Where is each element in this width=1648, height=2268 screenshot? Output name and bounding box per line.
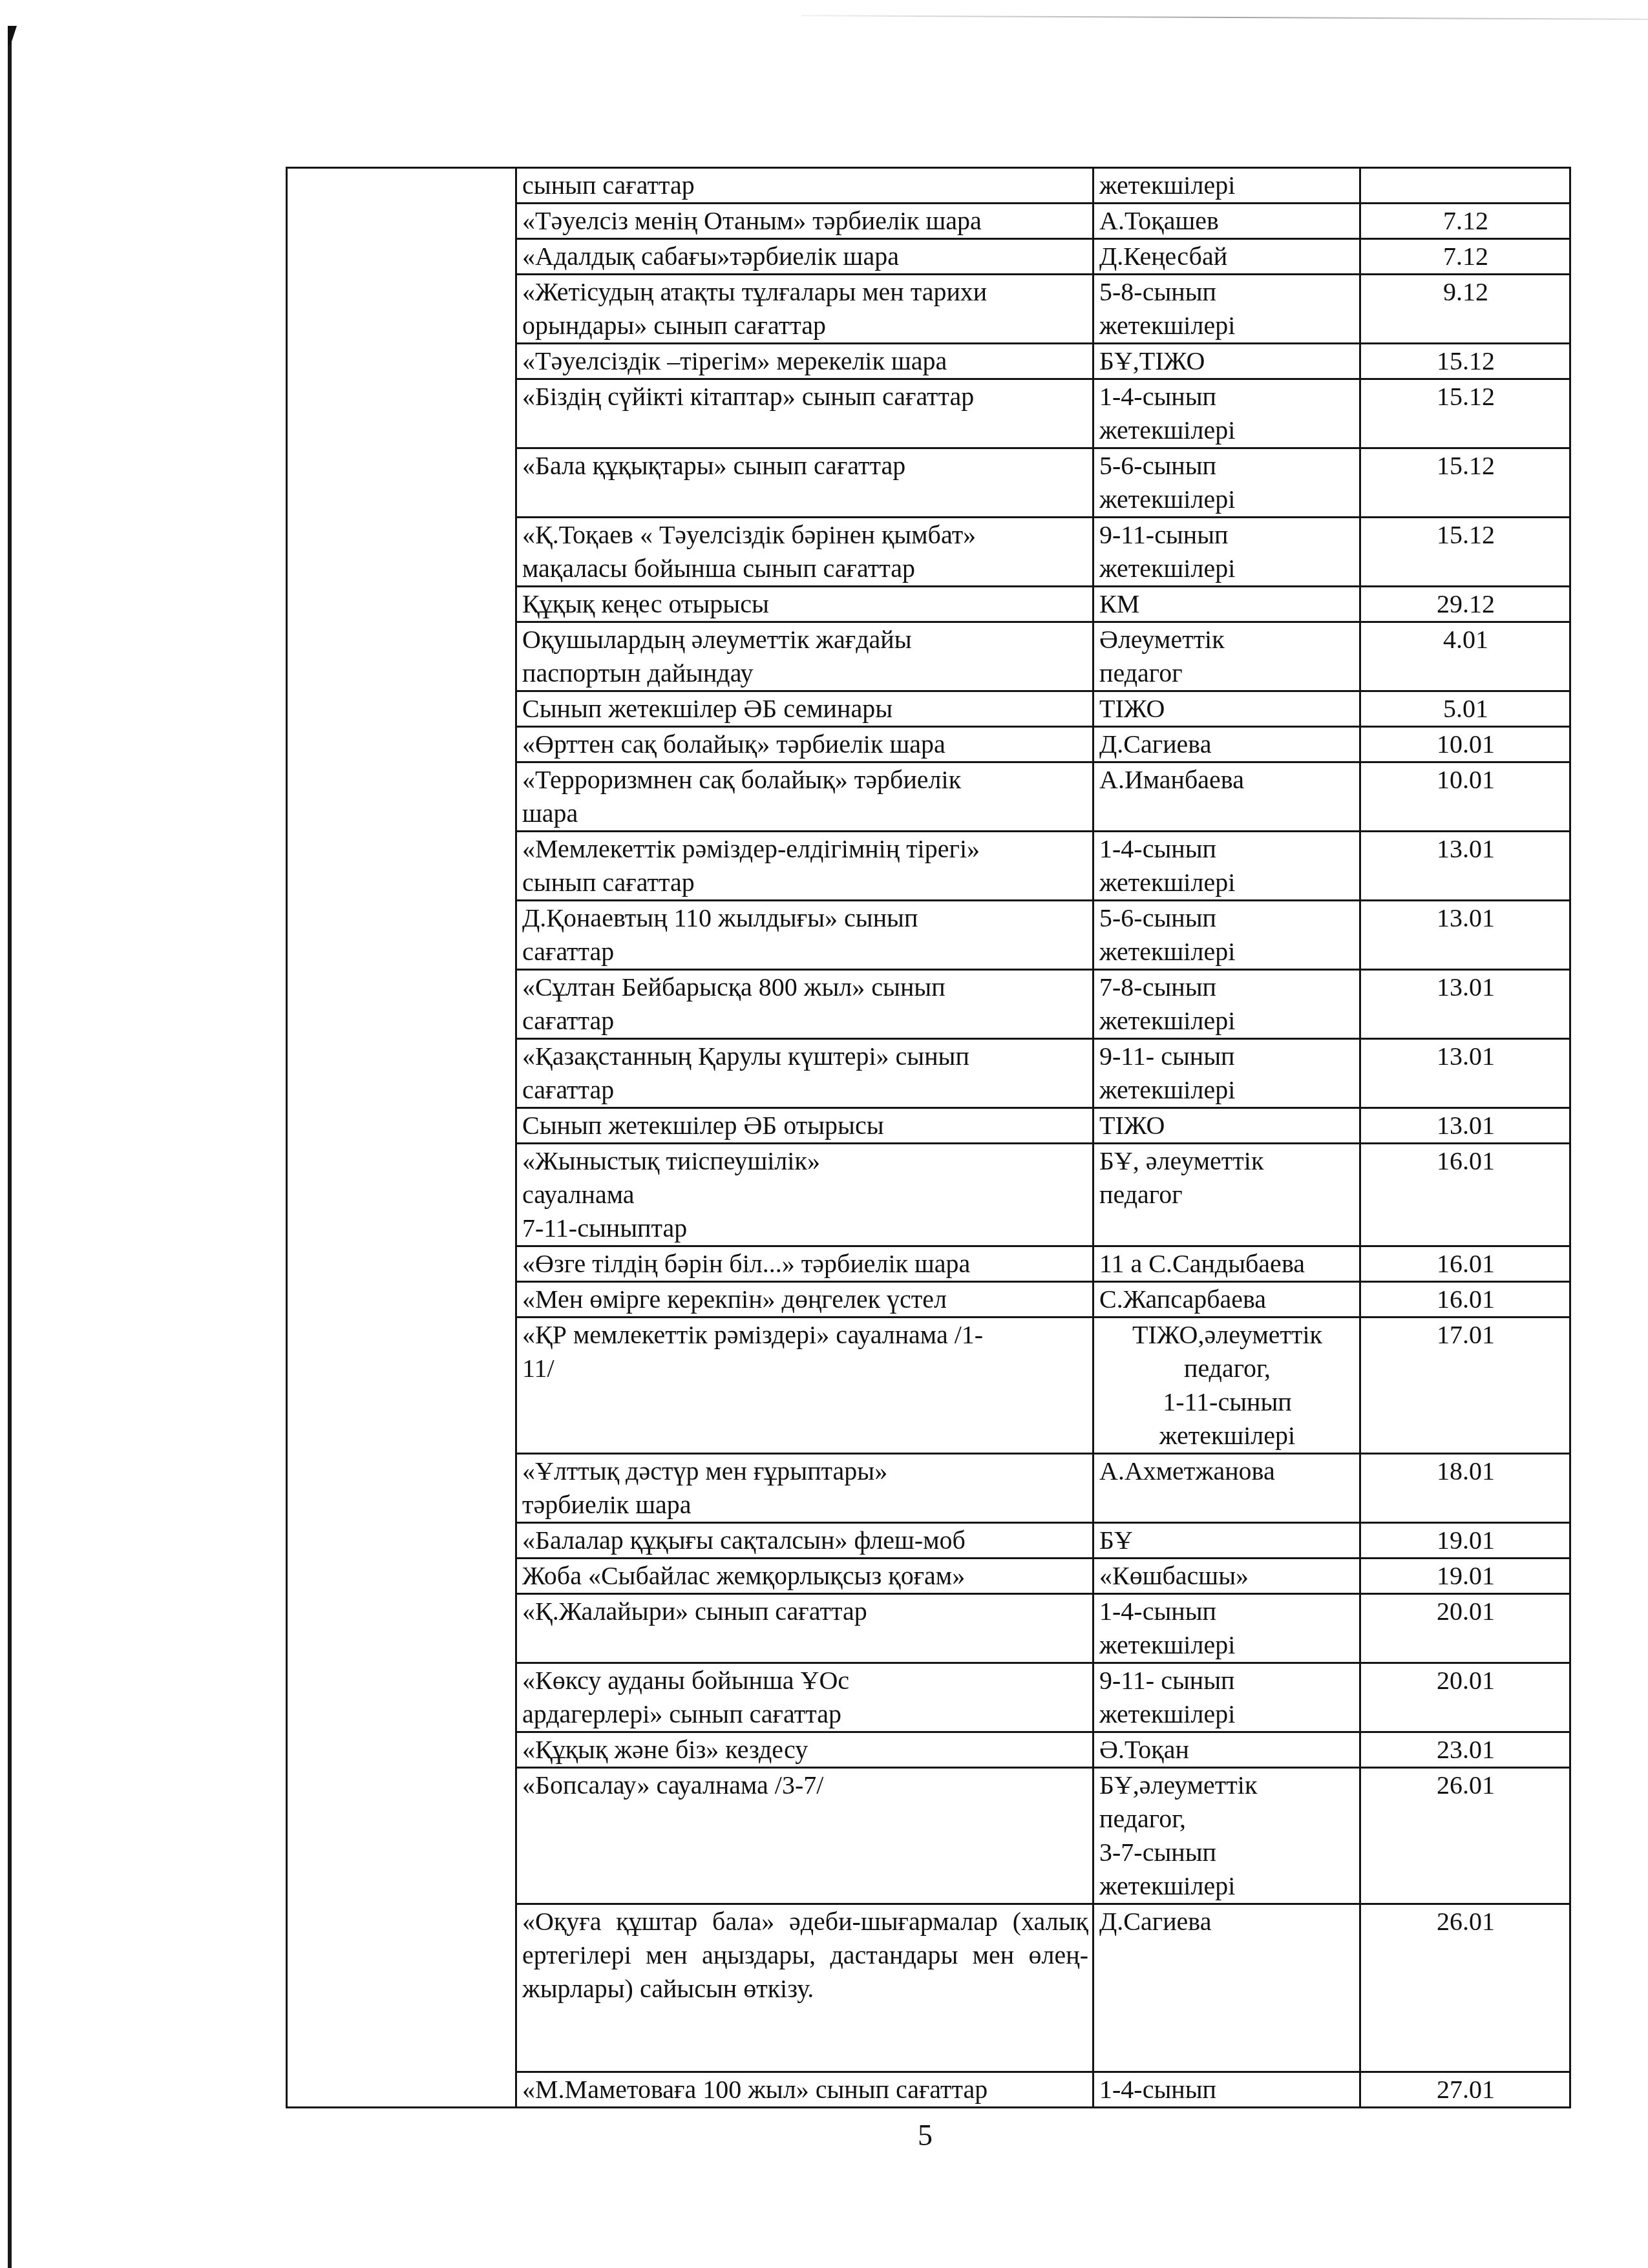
event-cell: Оқушылардың әлеуметтік жағдайы паспортын… [516,622,1093,691]
date-cell: 17.01 [1360,1318,1570,1454]
section-column-cell [287,168,516,2108]
date-cell: 13.01 [1360,901,1570,970]
scan-corner-artifact [8,26,17,45]
event-cell: «Оқуға құштар бала» әдеби-шығармалар (ха… [516,1904,1093,2072]
event-cell: «Жетісудың атақты тұлғалары мен тарихи о… [516,275,1093,344]
responsible-cell: 11 а С.Сандыбаева [1093,1246,1360,1282]
date-cell [1360,168,1570,204]
date-cell: 20.01 [1360,1594,1570,1663]
date-cell: 20.01 [1360,1663,1570,1732]
responsible-cell: 1-4-сынып жетекшілері [1093,1594,1360,1663]
event-cell: «Терроризмнен сақ болайық» тәрбиелік шар… [516,762,1093,832]
responsible-cell: С.Жапсарбаева [1093,1282,1360,1318]
event-plan-body: сынып сағаттаржетекшілері«Тәуелсіз менің… [287,168,1570,2108]
date-cell: 19.01 [1360,1523,1570,1559]
event-cell: «Қ.Жалайыри» сынып сағаттар [516,1594,1093,1663]
responsible-cell: ТІЖО,әлеуметтік педагог, 1-11-сынып жете… [1093,1318,1360,1454]
responsible-cell: БҰ [1093,1523,1360,1559]
responsible-cell: 5-6-сынып жетекшілері [1093,901,1360,970]
responsible-cell: Д.Сагиева [1093,1904,1360,2072]
date-cell: 13.01 [1360,832,1570,901]
responsible-cell: 1-4-сынып жетекшілері [1093,379,1360,448]
responsible-cell: 1-4-сынып жетекшілері [1093,832,1360,901]
event-cell: «Мен өмірге керекпін» дөңгелек үстел [516,1282,1093,1318]
responsible-cell: Ә.Тоқан [1093,1732,1360,1768]
responsible-cell: 1-4-сынып [1093,2072,1360,2108]
event-cell: Сынып жетекшілер ӘБ семинары [516,691,1093,727]
event-cell: «Бала құқықтары» сынып сағаттар [516,448,1093,518]
event-cell: «Сұлтан Бейбарысқа 800 жыл» сынып сағатт… [516,970,1093,1039]
event-cell: «Тәуелсіз менің Отаным» тәрбиелік шара [516,204,1093,239]
event-cell: «Қ.Тоқаев « Тәуелсіздік бәрінен қымбат» … [516,518,1093,587]
event-cell: «Өзге тілдің бәрін біл...» тәрбиелік шар… [516,1246,1093,1282]
responsible-cell: Д.Сагиева [1093,727,1360,762]
event-cell: «М.Маметоваға 100 жыл» сынып сағаттар [516,2072,1093,2108]
event-cell: «Біздің сүйікті кітаптар» сынып сағаттар [516,379,1093,448]
date-cell: 7.12 [1360,239,1570,275]
responsible-cell: «Көшбасшы» [1093,1559,1360,1594]
date-cell: 26.01 [1360,1904,1570,2072]
date-cell: 13.01 [1360,1039,1570,1108]
responsible-cell: Д.Кеңесбай [1093,239,1360,275]
date-cell: 16.01 [1360,1144,1570,1246]
date-cell: 19.01 [1360,1559,1570,1594]
page-number: 5 [918,2118,933,2152]
event-cell: «ҚР мемлекеттік рәміздері» сауалнама /1-… [516,1318,1093,1454]
event-cell: «Өрттен сақ болайық» тәрбиелік шара [516,727,1093,762]
date-cell: 27.01 [1360,2072,1570,2108]
event-cell: «Тәуелсіздік –тірегім» мерекелік шара [516,344,1093,379]
event-plan-table: сынып сағаттаржетекшілері«Тәуелсіз менің… [286,167,1571,2108]
responsible-cell: 9-11- сынып жетекшілері [1093,1663,1360,1732]
responsible-cell: А.Ахметжанова [1093,1454,1360,1523]
event-cell: Құқық кеңес отырысы [516,587,1093,622]
scan-edge-artifact [8,26,12,2268]
date-cell: 13.01 [1360,1108,1570,1144]
event-cell: «Құқық және біз» кездесу [516,1732,1093,1768]
date-cell: 15.12 [1360,344,1570,379]
responsible-cell: 5-6-сынып жетекшілері [1093,448,1360,518]
responsible-cell: жетекшілері [1093,168,1360,204]
responsible-cell: А.Иманбаева [1093,762,1360,832]
date-cell: 26.01 [1360,1768,1570,1904]
event-cell: Жоба «Сыбайлас жемқорлықсыз қоғам» [516,1559,1093,1594]
table-row: сынып сағаттаржетекшілері [287,168,1570,204]
responsible-cell: А.Тоқашев [1093,204,1360,239]
date-cell: 9.12 [1360,275,1570,344]
responsible-cell: БҰ,әлеуметтік педагог, 3-7-сынып жетекші… [1093,1768,1360,1904]
date-cell: 15.12 [1360,448,1570,518]
event-cell: «Адалдық сабағы»тәрбиелік шара [516,239,1093,275]
responsible-cell: 7-8-сынып жетекшілері [1093,970,1360,1039]
responsible-cell: 5-8-сынып жетекшілері [1093,275,1360,344]
date-cell: 29.12 [1360,587,1570,622]
responsible-cell: БҰ, әлеуметтік педагог [1093,1144,1360,1246]
event-cell: «Қазақстанның Қарулы күштері» сынып саға… [516,1039,1093,1108]
event-cell: «Ұлттық дәстүр мен ғұрыптары» тәрбиелік … [516,1454,1093,1523]
event-cell: «Көксу ауданы бойынша ҰОс ардагерлері» с… [516,1663,1093,1732]
responsible-cell: ТІЖО [1093,1108,1360,1144]
responsible-cell: 9-11-сынып жетекшілері [1093,518,1360,587]
responsible-cell: КМ [1093,587,1360,622]
responsible-cell: БҰ,ТІЖО [1093,344,1360,379]
event-cell: «Мемлекеттік рәміздер-елдігімнің тірегі»… [516,832,1093,901]
date-cell: 18.01 [1360,1454,1570,1523]
event-cell: сынып сағаттар [516,168,1093,204]
date-cell: 13.01 [1360,970,1570,1039]
event-cell: Д.Қонаевтың 110 жылдығы» сынып сағаттар [516,901,1093,970]
date-cell: 15.12 [1360,518,1570,587]
date-cell: 5.01 [1360,691,1570,727]
scan-line-artifact [801,15,1648,20]
date-cell: 10.01 [1360,727,1570,762]
date-cell: 4.01 [1360,622,1570,691]
date-cell: 7.12 [1360,204,1570,239]
date-cell: 16.01 [1360,1246,1570,1282]
responsible-cell: ТІЖО [1093,691,1360,727]
event-cell: «Балалар құқығы сақталсын» флеш-моб [516,1523,1093,1559]
responsible-cell: 9-11- сынып жетекшілері [1093,1039,1360,1108]
date-cell: 15.12 [1360,379,1570,448]
date-cell: 10.01 [1360,762,1570,832]
responsible-cell: Әлеуметтік педагог [1093,622,1360,691]
event-cell: «Жыныстық тиіспеушілік» сауалнама 7-11-с… [516,1144,1093,1246]
date-cell: 23.01 [1360,1732,1570,1768]
date-cell: 16.01 [1360,1282,1570,1318]
event-cell: Сынып жетекшілер ӘБ отырысы [516,1108,1093,1144]
event-cell: «Бопсалау» сауалнама /3-7/ [516,1768,1093,1904]
